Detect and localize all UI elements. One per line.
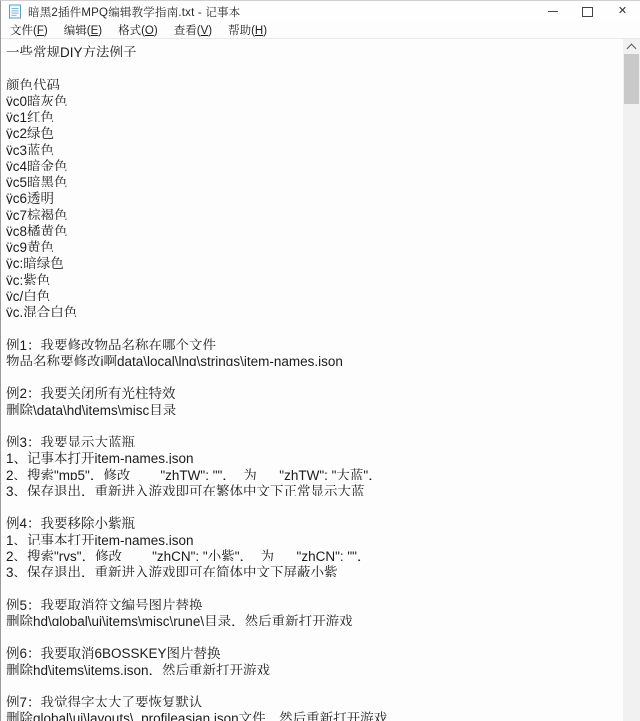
editor-content: 一些常规DIY方法例子颜色代码ÿc0暗灰色ÿc1红色ÿc2绿色ÿc3蓝色ÿc4暗… (1, 39, 640, 721)
menu-edit[interactable]: 编辑(E) (56, 21, 110, 39)
text-line: 删除hd\global\ui\items\misc\rune\目录，然后重新打开… (6, 610, 623, 626)
title-bar[interactable]: 暗黑2插件MPQ编辑教学指南.txt - 记事本 ✕ (1, 1, 640, 22)
vertical-scrollbar[interactable] (623, 39, 640, 721)
text-line: ÿc1红色 (6, 106, 623, 122)
text-line: 颜色代码 (6, 74, 623, 90)
maximize-button[interactable] (570, 1, 605, 22)
text-line: 例1：我要修改物品名称在哪个文件 (6, 334, 623, 350)
text-line: ÿc8橘黄色 (6, 220, 623, 236)
text-line: ÿc;紫色 (6, 269, 623, 285)
text-line: ÿc:暗绿色 (6, 252, 623, 268)
text-line: ÿc.混合白色 (6, 301, 623, 317)
text-line (6, 415, 623, 431)
text-line: ÿc0暗灰色 (6, 90, 623, 106)
text-line (6, 626, 623, 642)
menu-view[interactable]: 查看(V) (166, 21, 220, 39)
text-line: 例4：我要移除小紫瓶 (6, 512, 623, 528)
text-line: 删除global\ui\layouts\_profileasian.json文件… (6, 707, 623, 721)
text-line: 3、保存退出，重新进入游戏即可在繁体中文下正常显示大蓝 (6, 480, 623, 496)
notepad-window: 暗黑2插件MPQ编辑教学指南.txt - 记事本 ✕ 文件(F) 编辑(E) 格… (0, 0, 640, 721)
text-line (6, 366, 623, 382)
notepad-app-icon (8, 4, 22, 19)
text-line: ÿc2绿色 (6, 122, 623, 138)
minimize-button[interactable] (535, 1, 570, 22)
text-line: 例5：我要取消符文编号图片替换 (6, 594, 623, 610)
text-line: 一些常规DIY方法例子 (6, 41, 623, 57)
text-editor-area[interactable]: 一些常规DIY方法例子颜色代码ÿc0暗灰色ÿc1红色ÿc2绿色ÿc3蓝色ÿc4暗… (1, 39, 623, 721)
text-line: ÿc4暗金色 (6, 155, 623, 171)
close-icon: ✕ (618, 6, 627, 17)
text-line (6, 496, 623, 512)
text-line: ÿc5暗黑色 (6, 171, 623, 187)
text-line: 物品名称要修改i啊data\local\lng\strings\item-nam… (6, 350, 623, 366)
menu-bar: 文件(F) 编辑(E) 格式(O) 查看(V) 帮助(H) (1, 22, 640, 39)
text-line: 例7：我觉得字太大了要恢复默认 (6, 691, 623, 707)
scrollbar-thumb[interactable] (624, 54, 639, 104)
text-line: ÿc7棕褐色 (6, 204, 623, 220)
scroll-up-button[interactable] (623, 39, 640, 54)
menu-file[interactable]: 文件(F) (2, 21, 56, 39)
text-line: 删除\data\hd\items\misc目录 (6, 399, 623, 415)
text-line (6, 317, 623, 333)
maximize-icon (582, 7, 593, 17)
text-line: 1、记事本打开item-names.json (6, 447, 623, 463)
text-line: 2、搜索"rvs"，修改 "zhCN": "小紫"， 为 "zhCN": ""， (6, 545, 623, 561)
text-line: 例6：我要取消6BOSSKEY图片替换 (6, 642, 623, 658)
menu-format[interactable]: 格式(O) (110, 21, 166, 39)
minimize-icon (548, 11, 558, 12)
text-line (6, 57, 623, 73)
text-line: ÿc9黄色 (6, 236, 623, 252)
text-line: 删除hd\items\items.json，然后重新打开游戏 (6, 659, 623, 675)
text-line: 3、保存退出，重新进入游戏即可在简体中文下屏蔽小紫 (6, 561, 623, 577)
text-line: 2、搜索"mp5"，修改 "zhTW": ""， 为 "zhTW": "大蓝"， (6, 464, 623, 480)
text-line (6, 577, 623, 593)
menu-help[interactable]: 帮助(H) (220, 21, 275, 39)
text-line: ÿc6透明 (6, 187, 623, 203)
window-title: 暗黑2插件MPQ编辑教学指南.txt - 记事本 (28, 4, 240, 20)
window-controls: ✕ (535, 1, 640, 22)
text-line: 例3：我要显示大蓝瓶 (6, 431, 623, 447)
chevron-up-icon (627, 43, 637, 53)
text-line: 例2：我要关闭所有光柱特效 (6, 382, 623, 398)
text-line: ÿc/白色 (6, 285, 623, 301)
text-line (6, 675, 623, 691)
text-line: ÿc3蓝色 (6, 139, 623, 155)
close-button[interactable]: ✕ (605, 1, 640, 22)
text-line: 1、记事本打开item-names.json (6, 529, 623, 545)
